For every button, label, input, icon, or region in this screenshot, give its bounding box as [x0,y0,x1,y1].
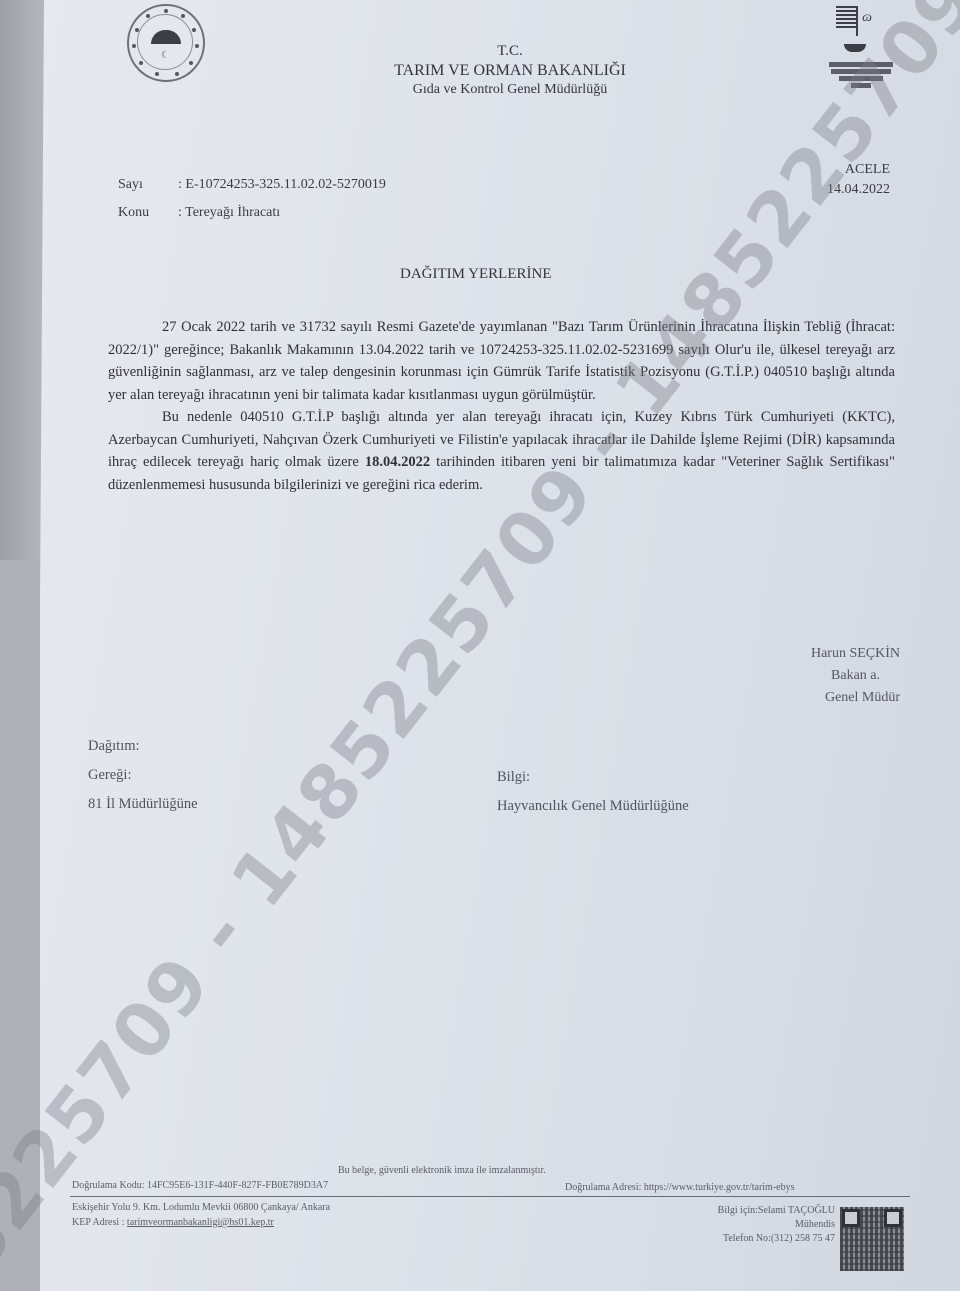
info-recipient: Hayvancılık Genel Müdürlüğüne [497,792,689,821]
department-name: Gıda ve Kontrol Genel Müdürlüğü [300,81,720,99]
letterhead: T.C. TARIM VE ORMAN BAKANLIĞI Gıda ve Ko… [300,42,720,98]
contact-info: Bilgi için:Selami TAÇOĞLU Mühendis Telef… [640,1204,835,1246]
footer-divider [70,1196,910,1197]
document-date: 14.04.2022 [790,180,890,200]
subject-value: : Tereyağı İhracatı [178,205,280,220]
distribution-block: Dağıtım: Gereği: 81 İl Müdürlüğüne [88,732,198,819]
reference-number-label: Sayı [118,177,178,193]
priority-label: ACELE [790,160,890,180]
reference-number: Sayı: E-10724253-325.11.02.02-5270019 [118,177,386,193]
priority-block: ACELE 14.04.2022 [790,160,890,199]
country-abbrev: T.C. [300,42,720,61]
kep-address: KEP Adresi : tarimveormanbakanligi@hs01.… [72,1217,274,1228]
action-label: Gereği: [88,761,198,790]
contact-phone: Telefon No:(312) 258 75 47 [640,1232,835,1246]
verification-address[interactable]: Doğrulama Adresi: https://www.turkiye.go… [565,1182,795,1193]
letter-body: 27 Ocak 2022 tarih ve 31732 sayılı Resmi… [108,316,895,496]
qr-code-icon [840,1207,904,1271]
contact-person: Bilgi için:Selami TAÇOĞLU [640,1204,835,1218]
effective-date: 18.04.2022 [365,454,430,470]
agriculture-emblem-icon: ɷ [826,4,906,104]
info-label: Bilgi: [497,763,689,792]
subject-label: Konu [118,205,178,221]
signatory-title-1: Bakan a. [760,665,900,687]
background-surface [0,0,44,560]
addressee: DAĞITIM YERLERİNE [400,266,552,283]
e-signature-note: Bu belge, güvenli elektronik imza ile im… [338,1165,546,1176]
subject: Konu: Tereyağı İhracatı [118,205,280,221]
distribution-label: Dağıtım: [88,732,198,761]
body-paragraph-1: 27 Ocak 2022 tarih ve 31732 sayılı Resmi… [108,316,895,406]
information-block: Bilgi: Hayvancılık Genel Müdürlüğüne [497,763,689,821]
ministry-seal-icon: ☾ [127,4,205,82]
verification-code: Doğrulama Kodu: 14FC95E6-131F-440F-827F-… [72,1180,328,1191]
signatory-title-2: Genel Müdür [760,687,900,709]
signatory-name: Harun SEÇKİN [760,643,900,665]
action-recipient: 81 İl Müdürlüğüne [88,790,198,819]
kep-label: KEP Adresi : [72,1217,124,1228]
contact-role: Mühendis [640,1218,835,1232]
postal-address: Eskişehir Yolu 9. Km. Lodumlu Mevkii 068… [72,1202,330,1213]
ministry-name: TARIM VE ORMAN BAKANLIĞI [300,61,720,81]
reference-number-value: : E-10724253-325.11.02.02-5270019 [178,177,386,192]
kep-link[interactable]: tarimveormanbakanligi@hs01.kep.tr [127,1217,274,1228]
body-paragraph-2: Bu nedenle 040510 G.T.İ.P başlığı altınd… [108,406,895,496]
signature-block: Harun SEÇKİN Bakan a. Genel Müdür [760,643,900,709]
